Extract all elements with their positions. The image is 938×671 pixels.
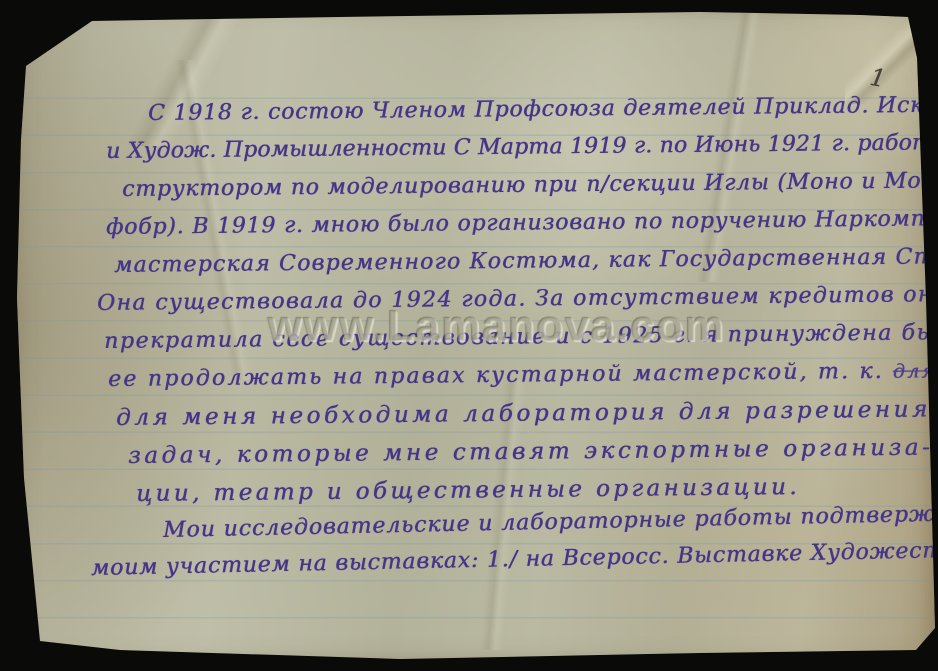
scan-background: С 1918 г. состою Членом Профсоюза деятел… [0,0,938,671]
strikethrough-word: для [893,360,937,382]
paper-sheet: С 1918 г. состою Членом Профсоюза деятел… [0,0,938,671]
